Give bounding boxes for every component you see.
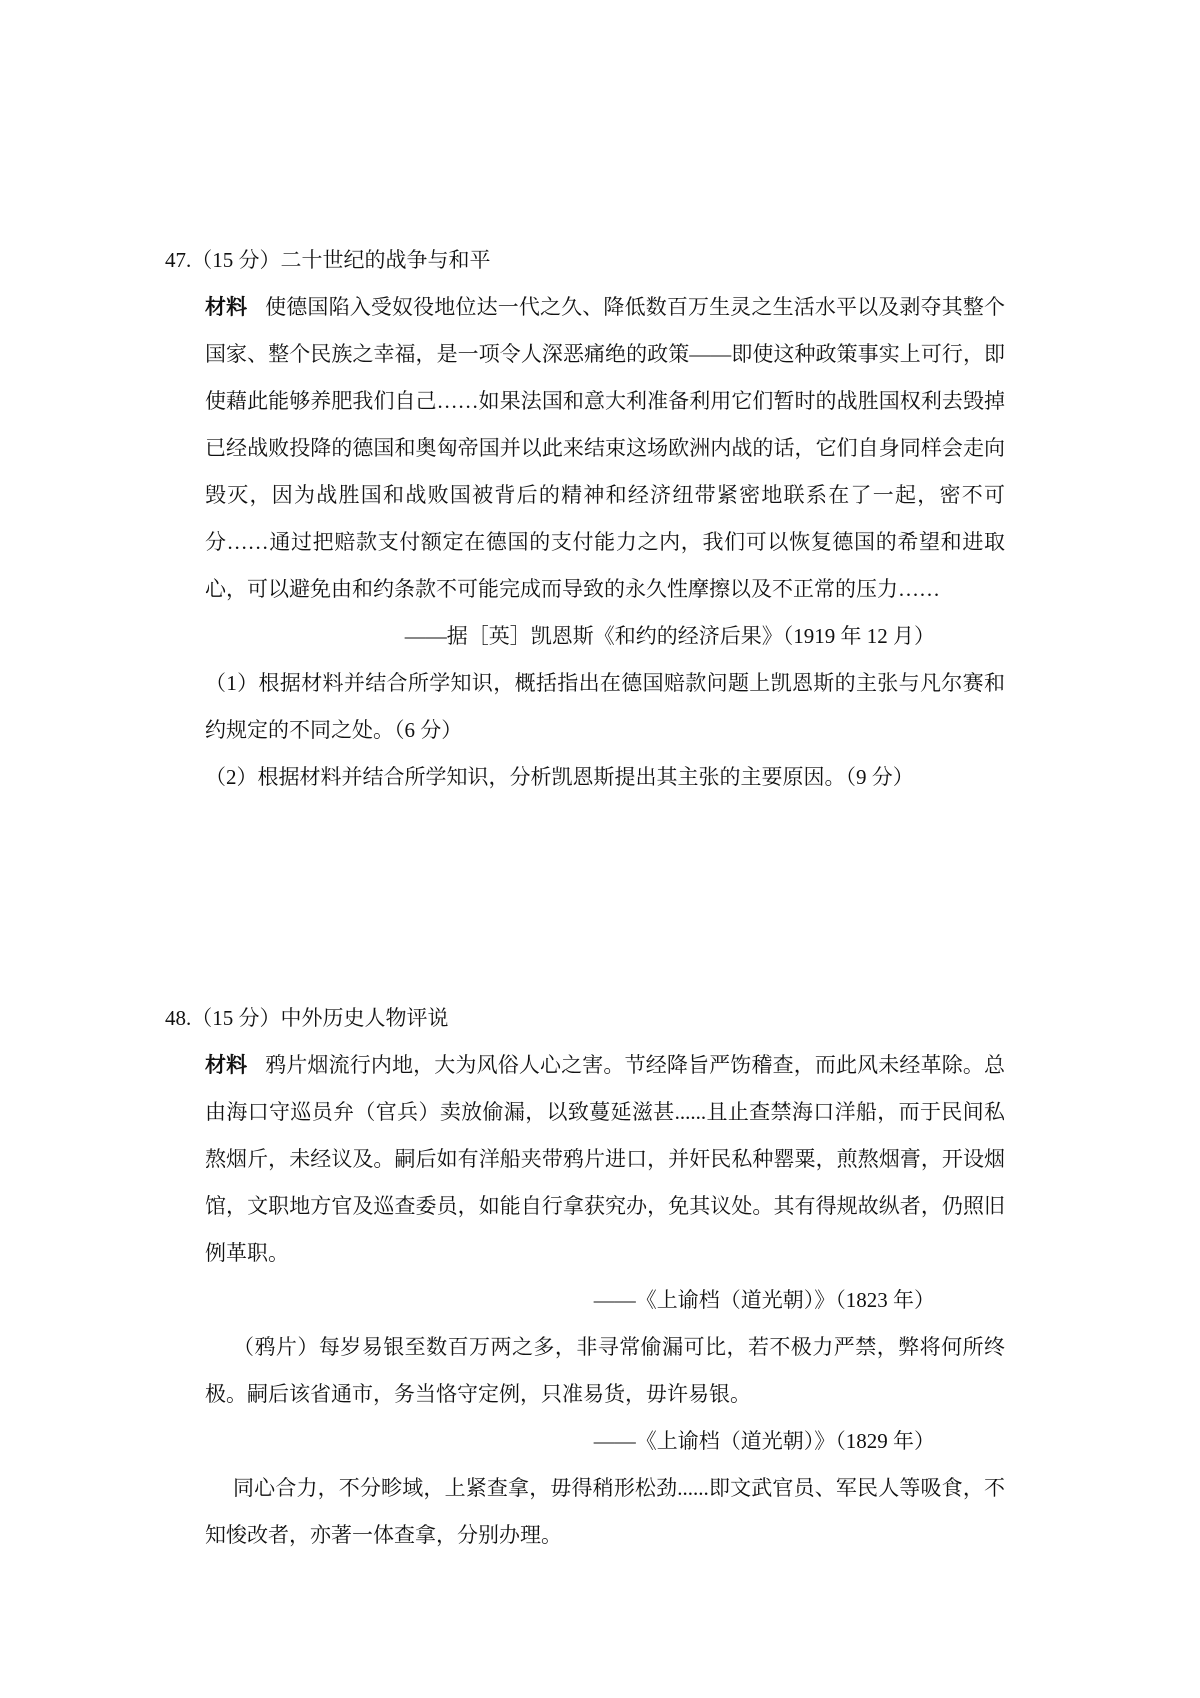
material-label: 材料	[205, 1053, 247, 1077]
question-48-title: 48.（15 分）中外历史人物评说	[165, 995, 1005, 1042]
question-48-material-text: 鸦片烟流行内地，大为风俗人心之害。节经降旨严饬稽查，而此风未经革除。总由海口守巡…	[205, 1053, 1005, 1265]
question-48-material-paragraph: 材料鸦片烟流行内地，大为风俗人心之害。节经降旨严饬稽查，而此风未经革除。总由海口…	[205, 1042, 1005, 1277]
question-47-material-text: 使德国陷入受奴役地位达一代之久、降低数百万生灵之生活水平以及剥夺其整个国家、整个…	[205, 295, 1005, 601]
exam-page: { "page": { "background": "#ffffff", "te…	[0, 0, 1200, 1698]
material-label: 材料	[205, 295, 247, 319]
question-48-quote-paragraph-3: 同心合力，不分畛域，上紧查拿，毋得稍形松劲......即文武官员、军民人等吸食，…	[205, 1465, 1005, 1559]
question-48-quote-paragraph-2: （鸦片）每岁易银至数百万两之多，非寻常偷漏可比，若不极力严禁，弊将何所终极。嗣后…	[205, 1324, 1005, 1418]
question-47-material-paragraph: 材料使德国陷入受奴役地位达一代之久、降低数百万生灵之生活水平以及剥夺其整个国家、…	[205, 284, 1005, 613]
question-47-sub-question-1: （1）根据材料并结合所学知识，概括指出在德国赔款问题上凯恩斯的主张与凡尔赛和约规…	[205, 660, 1005, 754]
question-48-source-citation-1829: ——《上谕档（道光朝）》（1829 年）	[205, 1418, 1005, 1465]
question-47-title: 47.（15 分）二十世纪的战争与和平	[165, 237, 1005, 284]
question-47-source-citation: ——据［英］凯恩斯《和约的经济后果》（1919 年 12 月）	[205, 613, 1005, 660]
question-47-sub-question-2: （2）根据材料并结合所学知识，分析凯恩斯提出其主张的主要原因。（9 分）	[205, 754, 1005, 801]
question-48-body: 材料鸦片烟流行内地，大为风俗人心之害。节经降旨严饬稽查，而此风未经革除。总由海口…	[205, 1042, 1005, 1559]
document-page: 47.（15 分）二十世纪的战争与和平 材料使德国陷入受奴役地位达一代之久、降低…	[0, 0, 1200, 1559]
question-48-source-citation-1823: ——《上谕档（道光朝）》（1823 年）	[205, 1277, 1005, 1324]
question-47-section: 47.（15 分）二十世纪的战争与和平 材料使德国陷入受奴役地位达一代之久、降低…	[205, 237, 1005, 801]
question-48-section: 48.（15 分）中外历史人物评说 材料鸦片烟流行内地，大为风俗人心之害。节经降…	[205, 995, 1005, 1559]
question-47-body: 材料使德国陷入受奴役地位达一代之久、降低数百万生灵之生活水平以及剥夺其整个国家、…	[205, 284, 1005, 801]
